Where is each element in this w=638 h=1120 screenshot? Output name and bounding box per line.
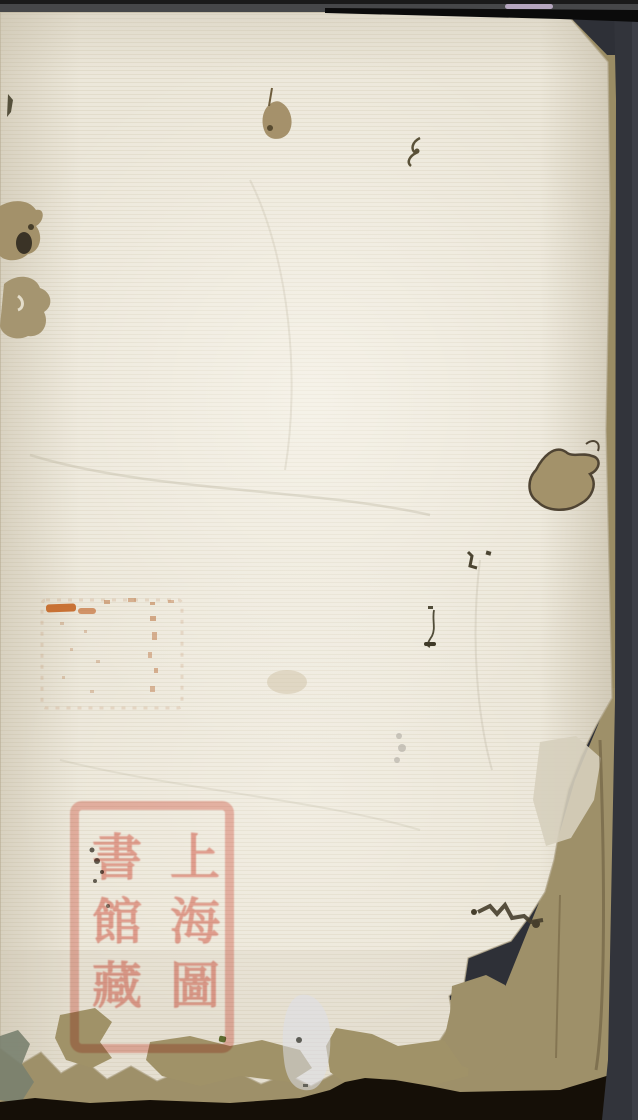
lavender-sliver xyxy=(505,4,553,9)
faint-smudge-center xyxy=(267,670,307,694)
seal-column-right: 上海圖 xyxy=(159,814,223,1040)
seal-column-left: 書館藏 xyxy=(81,814,145,1040)
library-collection-seal: 上海圖 書館藏 xyxy=(70,801,234,1053)
scanned-book-page: 上海圖 書館藏 上海圖書館藏 xyxy=(0,0,638,1120)
frame-right-edge-highlight xyxy=(632,8,638,1120)
pale-blue-patch xyxy=(283,995,331,1091)
